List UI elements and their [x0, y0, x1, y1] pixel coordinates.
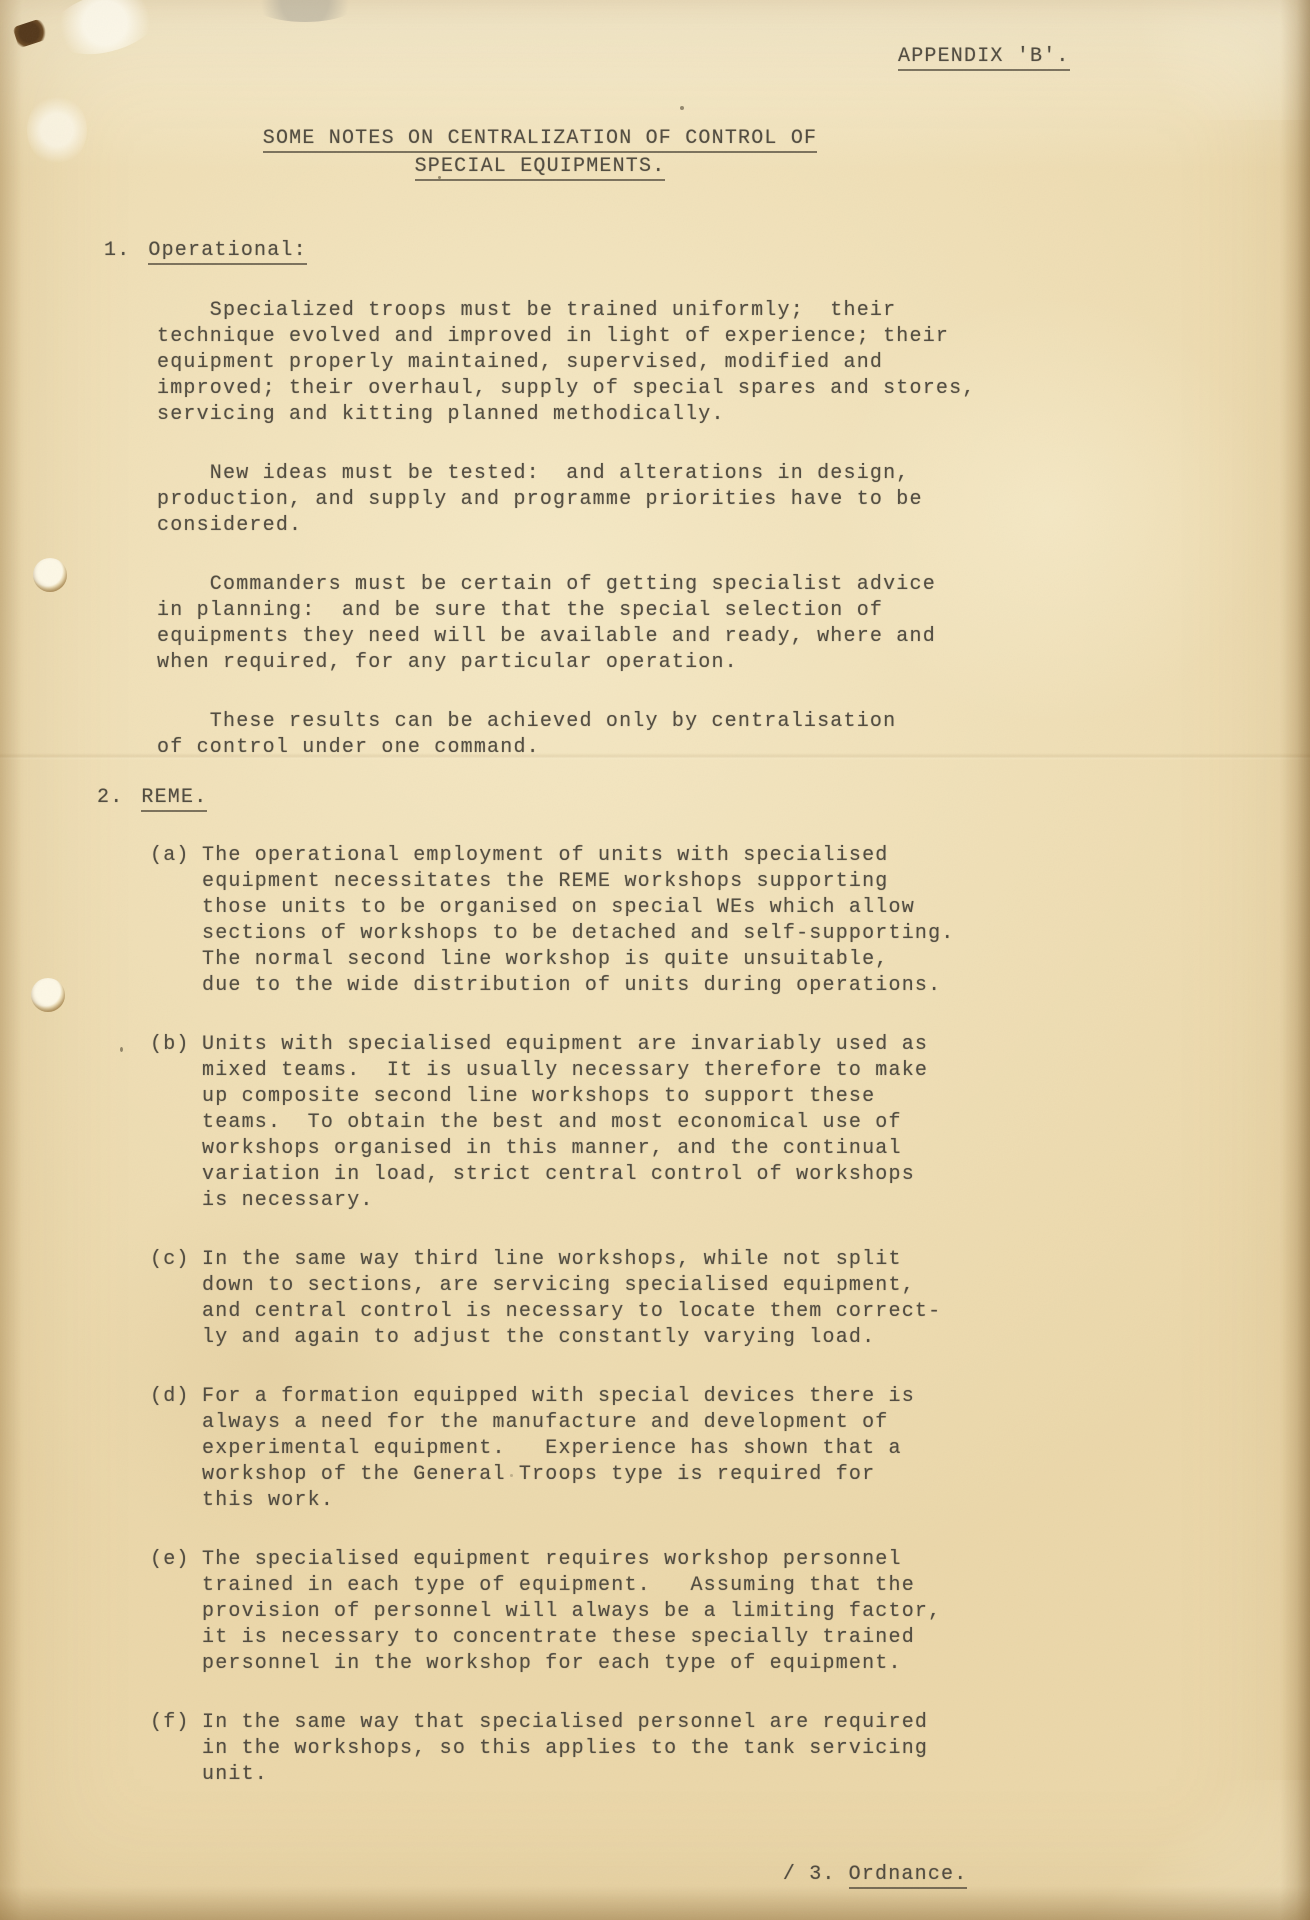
text-line: personnel in the workshop for each type …	[202, 1651, 1070, 1677]
list-item: (a) The operational employment of units …	[150, 843, 1070, 999]
text-line: The normal second line workshop is quite…	[202, 947, 1070, 973]
section-1-heading: 1.Operational:	[104, 238, 307, 264]
title-line-2-text: SPECIAL EQUIPMENTS.	[415, 155, 666, 181]
continuation-mark: / 3.	[783, 1863, 836, 1886]
item-marker: (f)	[150, 1710, 190, 1736]
text-line: Specialized troops must be trained unifo…	[157, 298, 1057, 324]
text-line: this work.	[202, 1488, 1070, 1514]
item-marker: (d)	[150, 1384, 190, 1410]
text-line: in the workshops, so this applies to the…	[202, 1736, 1070, 1762]
title-line-1-text: SOME NOTES ON CENTRALIZATION OF CONTROL …	[263, 127, 817, 153]
text-line: trained in each type of equipment. Assum…	[202, 1573, 1070, 1599]
text-line: always a need for the manufacture and de…	[202, 1410, 1070, 1436]
text-line: In the same way that specialised personn…	[202, 1710, 1070, 1736]
item-marker: (e)	[150, 1547, 190, 1573]
text-line: due to the wide distribution of units du…	[202, 973, 1070, 999]
list-item: (c) In the same way third line workshops…	[150, 1247, 1070, 1351]
text-line: servicing and kitting planned methodical…	[157, 402, 1057, 428]
next-section-label: Ordnance.	[849, 1863, 968, 1889]
text-line: teams. To obtain the best and most econo…	[202, 1110, 1070, 1136]
scanned-document-page: APPENDIX 'B'. SOME NOTES ON CENTRALIZATI…	[0, 0, 1310, 1920]
appendix-label: APPENDIX 'B'.	[898, 44, 1070, 70]
section-2-heading: 2.REME.	[97, 785, 207, 811]
list-item: (f) In the same way that specialised per…	[150, 1710, 1070, 1788]
text-line: equipment necessitates the REME workshop…	[202, 869, 1070, 895]
text-line: The specialised equipment requires works…	[202, 1547, 1070, 1573]
text-line: those units to be organised on special W…	[202, 895, 1070, 921]
ink-speck	[120, 1047, 123, 1052]
text-line: workshops organised in this manner, and …	[202, 1136, 1070, 1162]
section-1-number: 1.	[104, 238, 130, 264]
text-line: Units with specialised equipment are inv…	[202, 1032, 1070, 1058]
item-marker: (a)	[150, 843, 190, 869]
item-text: The specialised equipment requires works…	[202, 1547, 1070, 1677]
section-1-title: Operational:	[148, 239, 306, 265]
text-line: New ideas must be tested: and alteration…	[157, 461, 1057, 487]
text-line: These results can be achieved only by ce…	[157, 709, 1057, 735]
text-line: when required, for any particular operat…	[157, 650, 1057, 676]
item-text: For a formation equipped with special de…	[202, 1384, 1070, 1514]
section-1-body: Specialized troops must be trained unifo…	[157, 298, 1057, 794]
text-line: and central control is necessary to loca…	[202, 1299, 1070, 1325]
punch-hole	[33, 558, 67, 592]
text-line: unit.	[202, 1762, 1070, 1788]
text-line: down to sections, are servicing speciali…	[202, 1273, 1070, 1299]
text-line: in planning: and be sure that the specia…	[157, 598, 1057, 624]
text-line: up composite second line workshops to su…	[202, 1084, 1070, 1110]
list-item: (d) For a formation equipped with specia…	[150, 1384, 1070, 1514]
text-line: provision of personnel will always be a …	[202, 1599, 1070, 1625]
ink-speck	[680, 106, 684, 110]
text-line: of control under one command.	[157, 735, 1057, 761]
item-marker: (c)	[150, 1247, 190, 1273]
paragraph: New ideas must be tested: and alteration…	[157, 461, 1057, 539]
title-line: SOME NOTES ON CENTRALIZATION OF CONTROL …	[140, 126, 940, 154]
list-item: (b) Units with specialised equipment are…	[150, 1032, 1070, 1214]
text-line: Commanders must be certain of getting sp…	[157, 572, 1057, 598]
punch-hole	[31, 978, 65, 1012]
paragraph: Commanders must be certain of getting sp…	[157, 572, 1057, 676]
text-line: production, and supply and programme pri…	[157, 487, 1057, 513]
text-line: workshop of the General Troops type is r…	[202, 1462, 1070, 1488]
paragraph: Specialized troops must be trained unifo…	[157, 298, 1057, 428]
list-item: (e) The specialised equipment requires w…	[150, 1547, 1070, 1677]
text-line: In the same way third line workshops, wh…	[202, 1247, 1070, 1273]
item-text: Units with specialised equipment are inv…	[202, 1032, 1070, 1214]
text-line: The operational employment of units with…	[202, 843, 1070, 869]
item-text: In the same way that specialised personn…	[202, 1710, 1070, 1788]
text-line: For a formation equipped with special de…	[202, 1384, 1070, 1410]
item-marker: (b)	[150, 1032, 190, 1058]
text-line: equipment properly maintained, supervise…	[157, 350, 1057, 376]
text-line: equipments they need will be available a…	[157, 624, 1057, 650]
text-line: is necessary.	[202, 1188, 1070, 1214]
text-line: considered.	[157, 513, 1057, 539]
paragraph: These results can be achieved only by ce…	[157, 709, 1057, 761]
text-line: technique evolved and improved in light …	[157, 324, 1057, 350]
section-2-number: 2.	[97, 785, 123, 811]
text-line: experimental equipment. Experience has s…	[202, 1436, 1070, 1462]
document-title: SOME NOTES ON CENTRALIZATION OF CONTROL …	[140, 126, 940, 182]
appendix-label-text: APPENDIX 'B'.	[898, 45, 1070, 71]
text-line: variation in load, strict central contro…	[202, 1162, 1070, 1188]
text-line: improved; their overhaul, supply of spec…	[157, 376, 1057, 402]
section-2-title: REME.	[141, 786, 207, 812]
text-line: it is necessary to concentrate these spe…	[202, 1625, 1070, 1651]
torn-paper-spot	[27, 95, 87, 165]
text-line: mixed teams. It is usually necessary the…	[202, 1058, 1070, 1084]
section-2-body: (a) The operational employment of units …	[150, 843, 1070, 1821]
page-footer: / 3.Ordnance.	[730, 1836, 967, 1914]
item-text: In the same way third line workshops, wh…	[202, 1247, 1070, 1351]
item-text: The operational employment of units with…	[202, 843, 1070, 999]
title-line: SPECIAL EQUIPMENTS.	[140, 154, 940, 182]
text-line: ly and again to adjust the constantly va…	[202, 1325, 1070, 1351]
text-line: sections of workshops to be detached and…	[202, 921, 1070, 947]
